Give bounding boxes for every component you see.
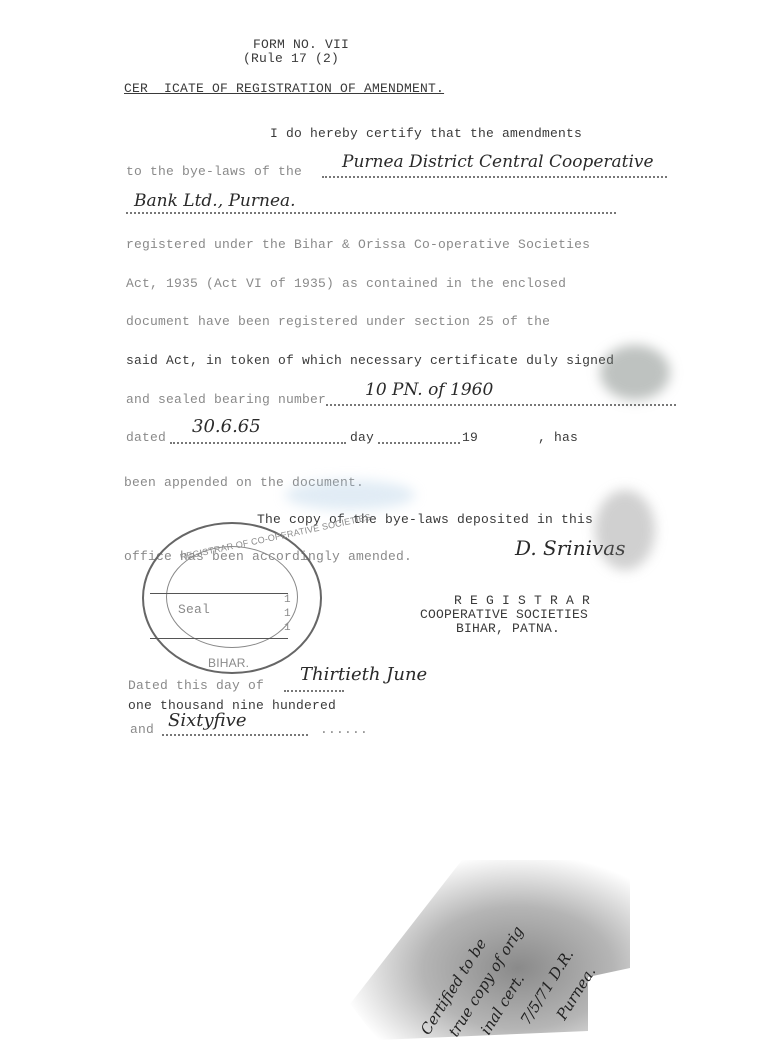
scan-smudge-blue [285,480,415,510]
society-name-dotted-line-2 [126,212,616,214]
body-line-8-prefix: dated [126,430,166,445]
dated-line-3-trailing: ...... [320,722,368,737]
signature-office: COOPERATIVE SOCIETIES [420,607,588,622]
dated-line-3-prefix: and [130,722,154,737]
body-line-2-prefix: to the bye-laws of the [126,164,302,179]
seal-inner-ring [166,546,298,648]
date-handwritten: 30.6.65 [192,416,261,437]
dated-line-1-prefix: Dated this day of [128,678,264,693]
body-line-8-year: 19 [462,430,478,445]
society-name-handwritten-2: Bank Ltd., Purnea. [134,191,296,211]
signature-title: R E G I S T R A R [454,593,590,608]
body-line-5: document have been registered under sect… [126,314,550,329]
day-dotted-line [378,442,460,444]
dated-day-handwritten: Thirtieth June [300,664,427,685]
body-line-4: Act, 1935 (Act VI of 1935) as contained … [126,276,566,291]
form-number: FORM NO. VII [253,37,349,52]
society-name-dotted-line-1 [322,176,667,178]
seal-line-bottom [150,638,288,639]
body-line-7-prefix: and sealed bearing number [126,392,326,407]
seal-side-marks: 1 1 1 [284,593,291,635]
body-line-8-day: day [350,430,374,445]
body-line-1: I do hereby certify that the amendments [270,126,582,141]
scan-smudge [595,490,655,570]
scan-smudge [600,345,670,400]
date-dotted-line [170,442,346,444]
body-line-8-suffix: , has [538,430,578,445]
certificate-number-handwritten: 10 PN. of 1960 [365,380,493,400]
body-line-6: said Act, in token of which necessary ce… [126,353,614,368]
body-line-3: registered under the Bihar & Orissa Co-o… [126,237,590,252]
form-rule: (Rule 17 (2) [243,51,339,66]
seal-label: Seal [178,602,210,617]
certificate-number-dotted-line [326,404,676,406]
dated-year-handwritten: Sixtyfive [168,710,246,731]
dated-dotted-line-3 [162,734,308,736]
seal-line-top [150,593,288,594]
signature-location: BIHAR, PATNA. [456,621,560,636]
seal-bottom-text: BIHAR. [208,656,249,670]
dated-dotted-line-1 [284,690,344,692]
society-name-handwritten-1: Purnea District Central Cooperative [342,152,654,172]
document-title: CER ICATE OF REGISTRATION OF AMENDMENT. [124,81,444,96]
